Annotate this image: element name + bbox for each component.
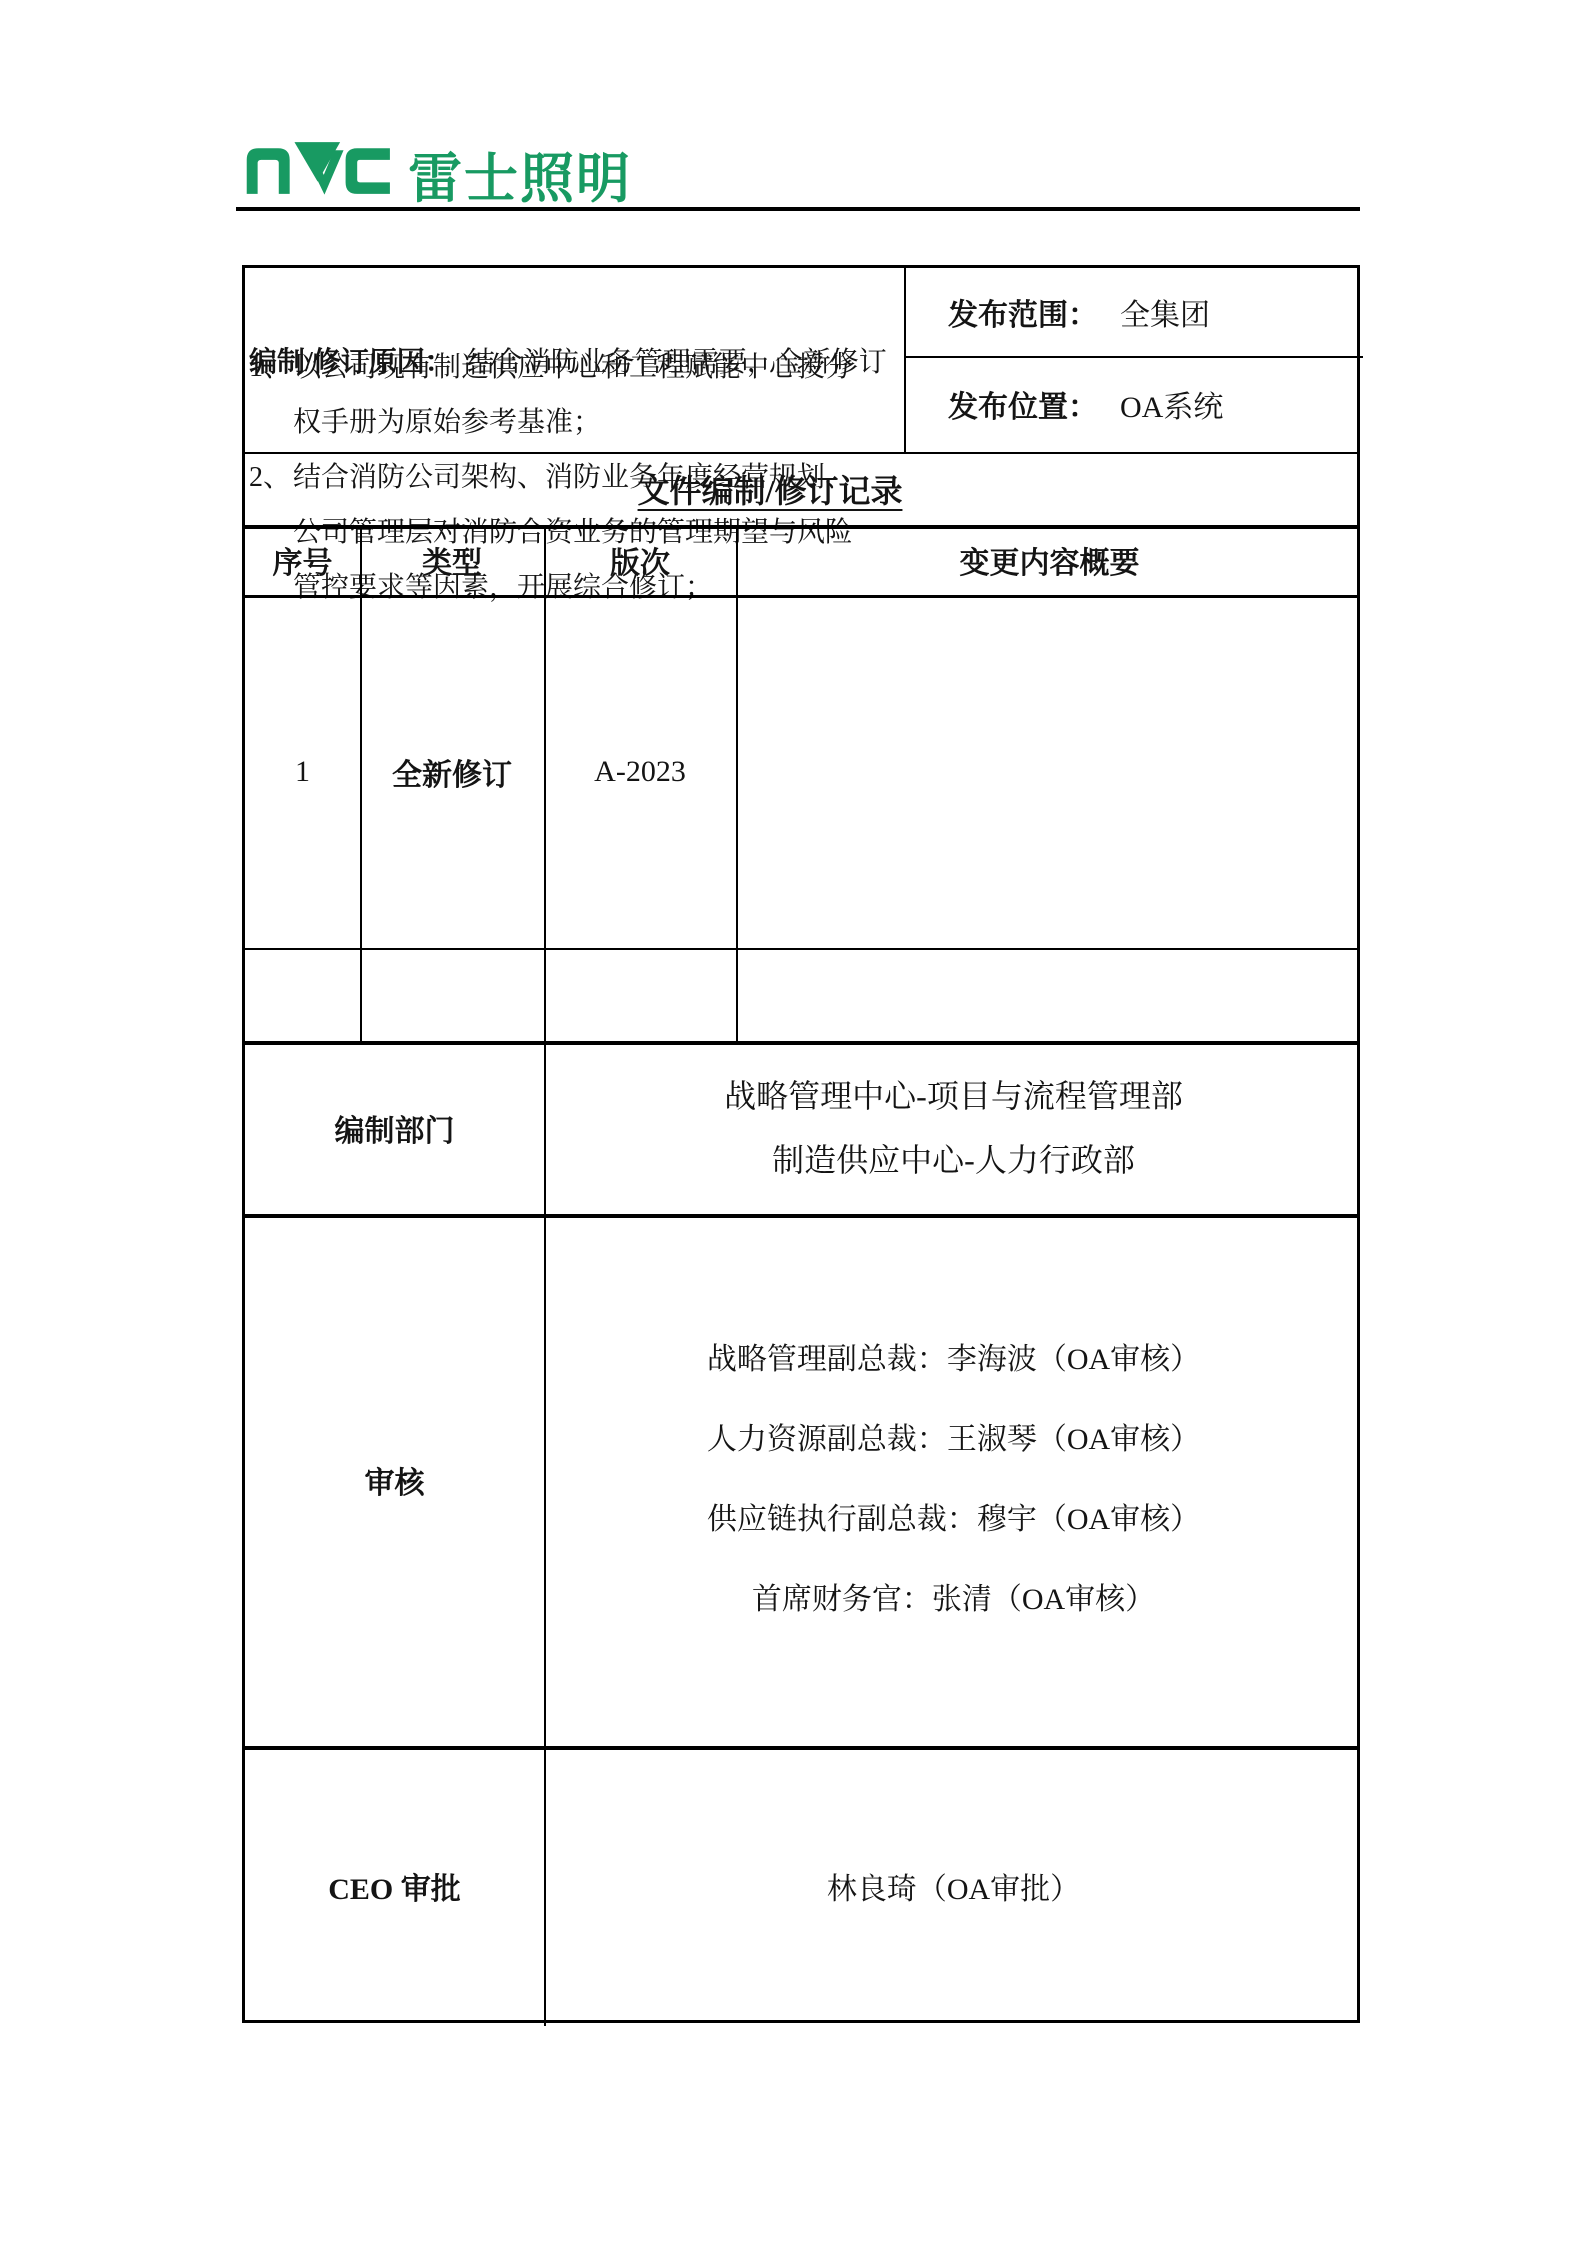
location-value: OA系统 xyxy=(1120,382,1223,426)
review-content: 战略管理副总裁：李海波（OA审核） 人力资源副总裁：王淑琴（OA审核） 供应链执… xyxy=(544,1214,1363,1746)
reason-value: 结合消防业务管理需要，全新修订 xyxy=(467,340,887,380)
row-seq: 1 xyxy=(245,595,360,948)
dept-line: 制造供应中心-人力行政部 xyxy=(772,1128,1135,1192)
dept-line: 战略管理中心-项目与流程管理部 xyxy=(724,1064,1183,1128)
review-line: 战略管理副总裁：李海波（OA审核） xyxy=(707,1320,1200,1400)
header-seq: 序号 xyxy=(245,525,360,595)
dept-label: 编制部门 xyxy=(245,1041,544,1214)
ceo-approval-content: 林良琦（OA审批） xyxy=(544,1746,1363,2026)
revision-record-table: 编制/修订原因： 结合消防业务管理需要，全新修订 发布范围： 全集团 发布位置：… xyxy=(242,265,1360,2023)
header-version: 版次 xyxy=(544,525,736,595)
row-type: 全新修订 xyxy=(360,595,544,948)
review-label: 审核 xyxy=(245,1214,544,1746)
reason-label: 编制/修订原因： xyxy=(249,340,453,380)
document-page: 雷士照明 编制/修订原因： 结合消防业务管理需要，全新修订 发布范围： 全集团 … xyxy=(0,0,1588,2245)
reason-cell: 编制/修订原因： 结合消防业务管理需要，全新修订 xyxy=(245,268,904,452)
location-label: 发布位置： xyxy=(948,382,1098,426)
table-title-row: 文件编制/修订记录 xyxy=(245,452,1363,525)
ceo-approval-value: 林良琦（OA审批） xyxy=(827,1864,1080,1908)
header-summary: 变更内容概要 xyxy=(736,525,1363,595)
header-rule xyxy=(236,207,1360,211)
ceo-approval-label: CEO 审批 xyxy=(245,1746,544,2026)
nvc-logo: 雷士照明 xyxy=(244,120,632,210)
scope-label: 发布范围： xyxy=(948,290,1098,334)
table-title: 文件编制/修订记录 xyxy=(638,466,903,512)
review-line: 供应链执行副总裁：穆宇（OA审核） xyxy=(707,1480,1200,1560)
grid-line xyxy=(245,948,1357,950)
brand-name: 雷士照明 xyxy=(408,152,632,206)
publish-scope-cell: 发布范围： 全集团 xyxy=(904,268,1363,356)
row-version: A-2023 xyxy=(544,595,736,948)
review-line: 人力资源副总裁：王淑琴（OA审核） xyxy=(707,1400,1200,1480)
header-type: 类型 xyxy=(360,525,544,595)
scope-value: 全集团 xyxy=(1120,290,1210,334)
dept-content: 战略管理中心-项目与流程管理部 制造供应中心-人力行政部 xyxy=(544,1041,1363,1214)
review-line: 首席财务官：张清（OA审核） xyxy=(752,1560,1155,1640)
nvc-logo-icon xyxy=(244,126,394,210)
grid-line xyxy=(736,525,738,1041)
publish-location-cell: 发布位置： OA系统 xyxy=(904,356,1363,452)
